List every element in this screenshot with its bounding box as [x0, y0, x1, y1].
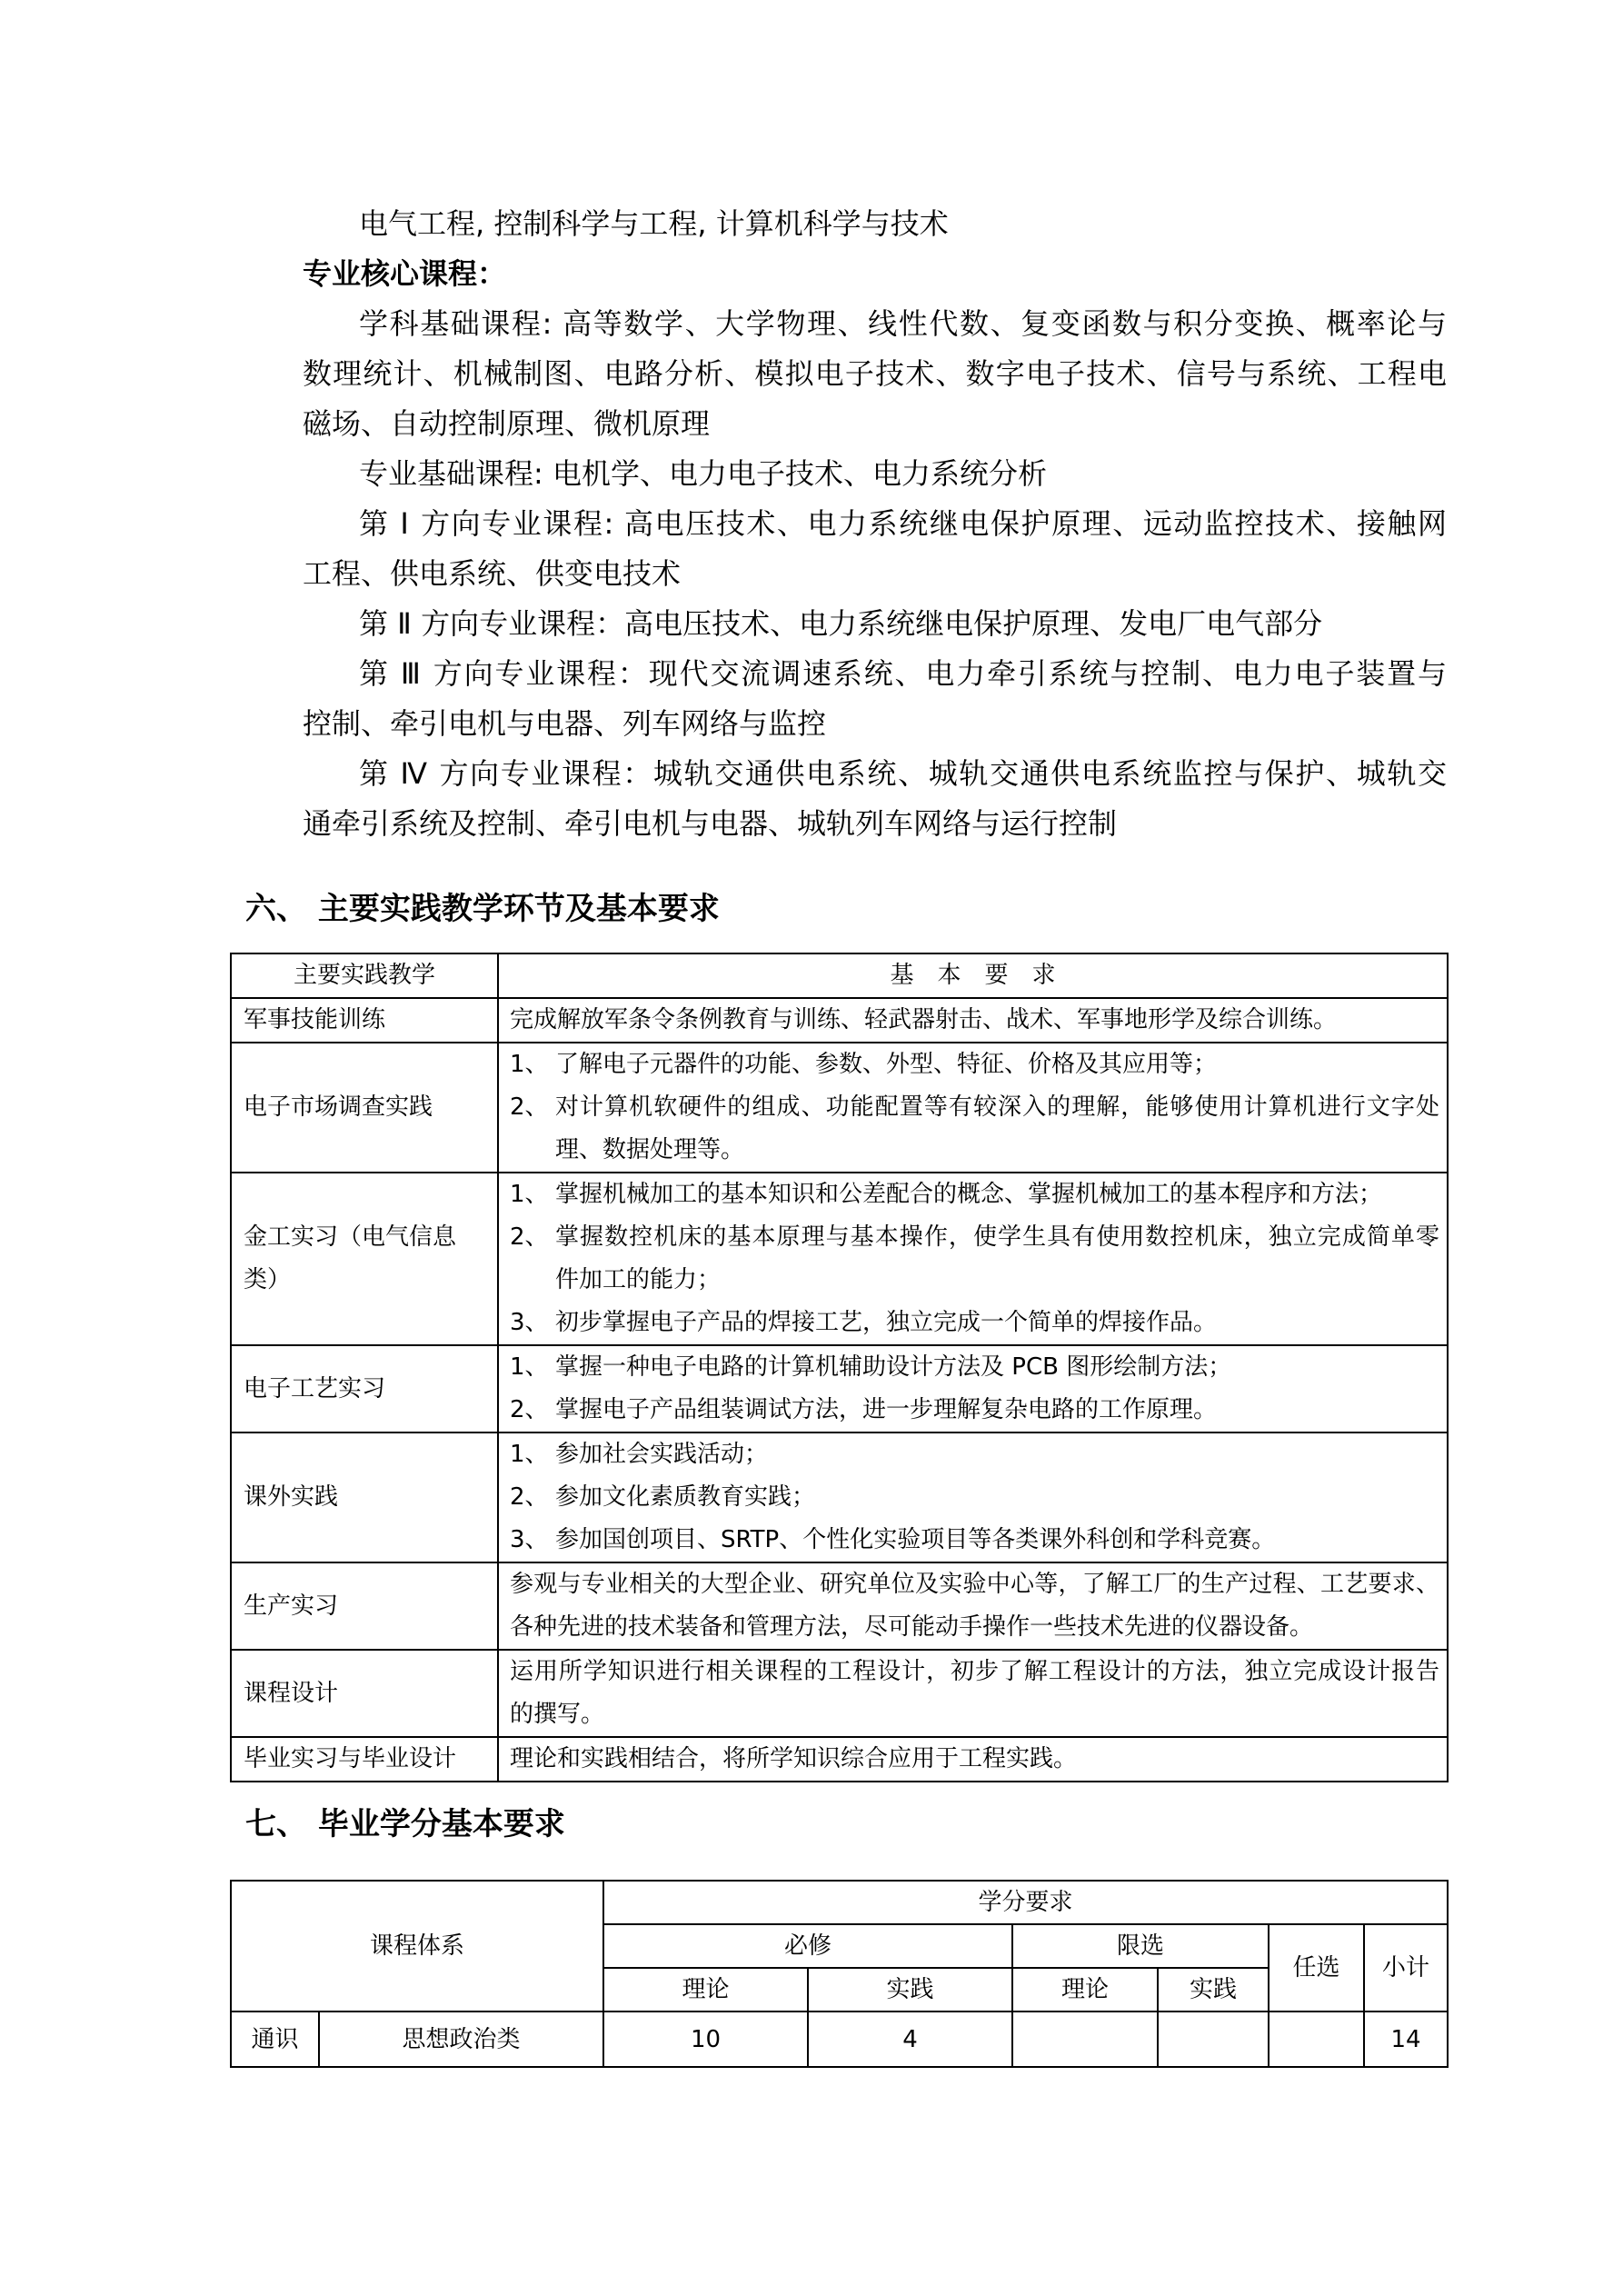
requirement-line: 理、数据处理等。: [510, 1129, 1439, 1172]
requirement-cell: 1、了解电子元器件的功能、参数、外型、特征、价格及其应用等；2、对计算机软硬件的…: [498, 1043, 1448, 1173]
required-theory-header: 理论: [603, 1968, 808, 2011]
table-row: 电子市场调查实践1、了解电子元器件的功能、参数、外型、特征、价格及其应用等；2、…: [231, 1043, 1448, 1173]
item-number: 2、: [510, 1389, 549, 1432]
item-number: 2、: [510, 1476, 549, 1519]
section-7-heading: 七、 毕业学分基本要求: [245, 1802, 565, 1846]
requirement-block: 完成解放军条令条例教育与训练、轻武器射击、战术、军事地形学及综合训练。: [510, 999, 1439, 1042]
item-number: 3、: [510, 1519, 549, 1562]
required-practice-header: 实践: [808, 1968, 1012, 2011]
practice-name-cell: 课外实践: [231, 1433, 498, 1562]
requirement-line: 参加国创项目、SRTP、个性化实验项目等各类课外科创和学科竞赛。: [510, 1519, 1439, 1562]
requirement-line: 掌握机械加工的基本知识和公差配合的概念、掌握机械加工的基本程序和方法；: [510, 1173, 1439, 1216]
limited-theory-cell: [1012, 2011, 1158, 2067]
requirement-block: 运用所学知识进行相关课程的工程设计，初步了解工程设计的方法，独立完成设计报告的撰…: [510, 1651, 1439, 1736]
table-row: 生产实习参观与专业相关的大型企业、研究单位及实验中心等，了解工厂的生产过程、工艺…: [231, 1562, 1448, 1650]
table-header-row: 课程体系 学分要求: [231, 1881, 1448, 1924]
subtotal-header: 小计: [1364, 1924, 1448, 2011]
practice-name-cell: 课程设计: [231, 1650, 498, 1737]
requirement-line: 各种先进的技术装备和管理方法，尽可能动手操作一些技术先进的仪器设备。: [510, 1606, 1439, 1649]
practice-name-cell: 军事技能训练: [231, 998, 498, 1043]
table-header-row: 主要实践教学 基 本 要 求: [231, 953, 1448, 998]
practice-name-cell: 金工实习（电气信息类）: [231, 1173, 498, 1345]
body-line: 第 Ⅳ 方向专业课程：城轨交通供电系统、城轨交通供电系统监控与保护、城轨交: [303, 749, 1447, 799]
requirement-line: 了解电子元器件的功能、参数、外型、特征、价格及其应用等；: [510, 1043, 1439, 1086]
requirement-block: 1、掌握机械加工的基本知识和公差配合的概念、掌握机械加工的基本程序和方法；: [510, 1173, 1439, 1216]
body-line: 工程、供电系统、供变电技术: [303, 549, 1447, 599]
requirement-block: 3、参加国创项目、SRTP、个性化实验项目等各类课外科创和学科竞赛。: [510, 1519, 1439, 1562]
requirement-line: 对计算机软硬件的组成、功能配置等有较深入的理解，能够使用计算机进行文字处: [510, 1086, 1439, 1129]
requirement-block: 1、掌握一种电子电路的计算机辅助设计方法及 PCB 图形绘制方法；: [510, 1346, 1439, 1389]
requirement-block: 1、了解电子元器件的功能、参数、外型、特征、价格及其应用等；: [510, 1043, 1439, 1086]
item-number: 2、: [510, 1086, 549, 1129]
practice-name-cell: 生产实习: [231, 1562, 498, 1650]
item-number: 1、: [510, 1346, 549, 1389]
item-number: 1、: [510, 1433, 549, 1476]
practice-name-cell: 毕业实习与毕业设计: [231, 1737, 498, 1782]
credit-requirement-header: 学分要求: [603, 1881, 1448, 1924]
table-row: 军事技能训练完成解放军条令条例教育与训练、轻武器射击、战术、军事地形学及综合训练…: [231, 998, 1448, 1043]
requirement-cell: 运用所学知识进行相关课程的工程设计，初步了解工程设计的方法，独立完成设计报告的撰…: [498, 1650, 1448, 1737]
graduation-credits-table: 课程体系 学分要求 必修 限选 任选 小计 理论 实践 理论 实践 通识 思想政…: [230, 1880, 1449, 2068]
required-practice-cell: 4: [808, 2011, 1012, 2067]
body-line: 磁场、自动控制原理、微机原理: [303, 399, 1447, 449]
item-number: 1、: [510, 1043, 549, 1086]
requirements-column-header: 基 本 要 求: [498, 953, 1448, 998]
requirement-cell: 1、掌握机械加工的基本知识和公差配合的概念、掌握机械加工的基本程序和方法；2、掌…: [498, 1173, 1448, 1345]
body-line: 通牵引系统及控制、牵引电机与电器、城轨列车网络与运行控制: [303, 799, 1447, 849]
requirement-block: 2、掌握电子产品组装调试方法，进一步理解复杂电路的工作原理。: [510, 1389, 1439, 1432]
requirement-line: 掌握电子产品组装调试方法，进一步理解复杂电路的工作原理。: [510, 1389, 1439, 1432]
table-row: 毕业实习与毕业设计理论和实践相结合，将所学知识综合应用于工程实践。: [231, 1737, 1448, 1782]
table-row: 金工实习（电气信息类）1、掌握机械加工的基本知识和公差配合的概念、掌握机械加工的…: [231, 1173, 1448, 1345]
requirement-cell: 完成解放军条令条例教育与训练、轻武器射击、战术、军事地形学及综合训练。: [498, 998, 1448, 1043]
body-line: 数理统计、机械制图、电路分析、模拟电子技术、数字电子技术、信号与系统、工程电: [303, 349, 1447, 399]
requirement-block: 3、初步掌握电子产品的焊接工艺，独立完成一个简单的焊接作品。: [510, 1302, 1439, 1344]
requirement-line: 掌握一种电子电路的计算机辅助设计方法及 PCB 图形绘制方法；: [510, 1346, 1439, 1389]
free-elective-header: 任选: [1269, 1924, 1364, 2011]
body-line: 第 Ⅱ 方向专业课程：高电压技术、电力系统继电保护原理、发电厂电气部分: [303, 599, 1447, 649]
requirement-line: 件加工的能力；: [510, 1259, 1439, 1302]
item-number: 2、: [510, 1216, 549, 1259]
practice-column-header: 主要实践教学: [231, 953, 498, 998]
limited-theory-header: 理论: [1012, 1968, 1158, 2011]
practice-name-cell: 电子工艺实习: [231, 1345, 498, 1433]
course-system-header: 课程体系: [231, 1881, 603, 2011]
requirement-block: 理论和实践相结合，将所学知识综合应用于工程实践。: [510, 1738, 1439, 1781]
category-group-cell: 通识: [231, 2011, 319, 2067]
requirement-block: 1、参加社会实践活动；: [510, 1433, 1439, 1476]
body-line: 控制、牵引电机与电器、列车网络与监控: [303, 699, 1447, 749]
requirement-block: 参观与专业相关的大型企业、研究单位及实验中心等，了解工厂的生产过程、工艺要求、各…: [510, 1563, 1439, 1649]
category-cell: 思想政治类: [319, 2011, 603, 2067]
limited-practice-header: 实践: [1158, 1968, 1269, 2011]
requirement-line: 完成解放军条令条例教育与训练、轻武器射击、战术、军事地形学及综合训练。: [510, 999, 1439, 1042]
free-elective-cell: [1269, 2011, 1364, 2067]
body-line: 专业核心课程：: [303, 249, 1447, 299]
requirement-cell: 参观与专业相关的大型企业、研究单位及实验中心等，了解工厂的生产过程、工艺要求、各…: [498, 1562, 1448, 1650]
requirement-line: 的撰写。: [510, 1693, 1439, 1736]
requirement-block: 2、掌握数控机床的基本原理与基本操作，使学生具有使用数控机床，独立完成简单零件加…: [510, 1216, 1439, 1302]
body-line: 学科基础课程: 高等数学、大学物理、线性代数、复变函数与积分变换、概率论与: [303, 299, 1447, 349]
table-row: 课外实践1、参加社会实践活动；2、参加文化素质教育实践；3、参加国创项目、SRT…: [231, 1433, 1448, 1562]
requirement-line: 掌握数控机床的基本原理与基本操作，使学生具有使用数控机床，独立完成简单零: [510, 1216, 1439, 1259]
required-theory-cell: 10: [603, 2011, 808, 2067]
subtotal-cell: 14: [1364, 2011, 1448, 2067]
requirement-line: 理论和实践相结合，将所学知识综合应用于工程实践。: [510, 1738, 1439, 1781]
practice-name-cell: 电子市场调查实践: [231, 1043, 498, 1173]
requirement-line: 参加文化素质教育实践；: [510, 1476, 1439, 1519]
requirement-line: 运用所学知识进行相关课程的工程设计，初步了解工程设计的方法，独立完成设计报告: [510, 1651, 1439, 1693]
requirement-line: 初步掌握电子产品的焊接工艺，独立完成一个简单的焊接作品。: [510, 1302, 1439, 1344]
body-line: 第 Ⅲ 方向专业课程：现代交流调速系统、电力牵引系统与控制、电力电子装置与: [303, 649, 1447, 699]
item-number: 3、: [510, 1302, 549, 1344]
requirement-cell: 1、参加社会实践活动；2、参加文化素质教育实践；3、参加国创项目、SRTP、个性…: [498, 1433, 1448, 1562]
requirement-line: 参加社会实践活动；: [510, 1433, 1439, 1476]
limited-practice-cell: [1158, 2011, 1269, 2067]
table-row: 电子工艺实习1、掌握一种电子电路的计算机辅助设计方法及 PCB 图形绘制方法；2…: [231, 1345, 1448, 1433]
requirement-cell: 理论和实践相结合，将所学知识综合应用于工程实践。: [498, 1737, 1448, 1782]
requirement-block: 2、参加文化素质教育实践；: [510, 1476, 1439, 1519]
body-line: 第 Ⅰ 方向专业课程: 高电压技术、电力系统继电保护原理、远动监控技术、接触网: [303, 499, 1447, 549]
table-row: 通识 思想政治类 10 4 14: [231, 2011, 1448, 2067]
core-courses-text-block: 电气工程, 控制科学与工程, 计算机科学与技术专业核心课程：学科基础课程: 高等…: [303, 199, 1447, 849]
requirement-block: 2、对计算机软硬件的组成、功能配置等有较深入的理解，能够使用计算机进行文字处理、…: [510, 1086, 1439, 1172]
requirement-line: 参观与专业相关的大型企业、研究单位及实验中心等，了解工厂的生产过程、工艺要求、: [510, 1563, 1439, 1606]
body-line: 专业基础课程: 电机学、电力电子技术、电力系统分析: [303, 449, 1447, 499]
section-6-heading: 六、 主要实践教学环节及基本要求: [245, 887, 720, 931]
document-page: 电气工程, 控制科学与工程, 计算机科学与技术专业核心课程：学科基础课程: 高等…: [0, 0, 1623, 2296]
body-line: 电气工程, 控制科学与工程, 计算机科学与技术: [303, 199, 1447, 249]
limited-elective-header: 限选: [1012, 1924, 1269, 1968]
requirement-cell: 1、掌握一种电子电路的计算机辅助设计方法及 PCB 图形绘制方法；2、掌握电子产…: [498, 1345, 1448, 1433]
item-number: 1、: [510, 1173, 549, 1216]
required-header: 必修: [603, 1924, 1012, 1968]
table-row: 课程设计运用所学知识进行相关课程的工程设计，初步了解工程设计的方法，独立完成设计…: [231, 1650, 1448, 1737]
practice-requirements-table: 主要实践教学 基 本 要 求 军事技能训练完成解放军条令条例教育与训练、轻武器射…: [230, 953, 1449, 1782]
